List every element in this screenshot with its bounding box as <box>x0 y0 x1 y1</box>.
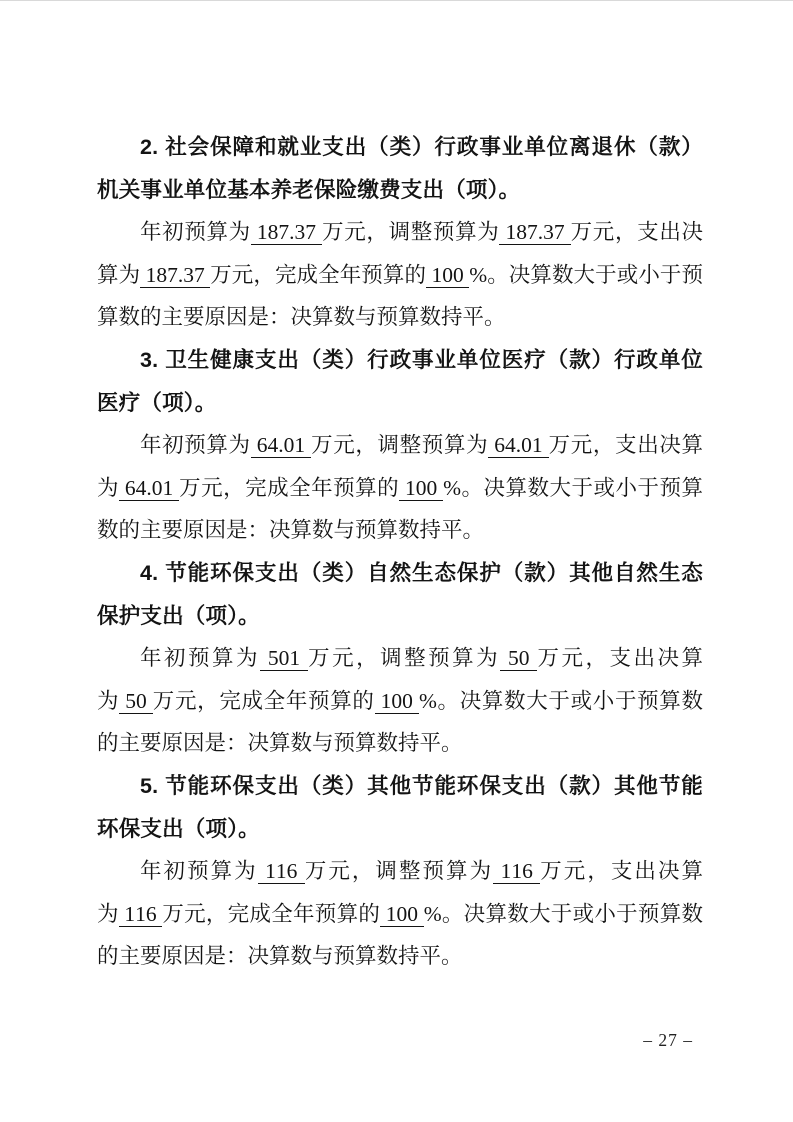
underlined-value: 50 <box>119 689 153 714</box>
section-paragraph: 年初预算为 116 万元，调整预算为 116 万元，支出决算为 116 万元，完… <box>97 850 703 978</box>
underlined-value: 100 <box>399 476 443 501</box>
text-run: 万元，完成全年预算的 <box>153 689 375 713</box>
underlined-value: 116 <box>258 859 305 884</box>
section-heading: 2. 社会保障和就业支出（类）行政事业单位离退休（款）机关事业单位基本养老保险缴… <box>97 126 703 211</box>
section-heading: 5. 节能环保支出（类）其他节能环保支出（款）其他节能环保支出（项）。 <box>97 765 703 850</box>
page-footer: – 27 – <box>97 1030 703 1051</box>
text-run: 万元，调整预算为 <box>305 859 493 883</box>
underlined-value: 100 <box>375 689 419 714</box>
section-heading: 3. 卫生健康支出（类）行政事业单位医疗（款）行政单位医疗（项）。 <box>97 339 703 424</box>
text-run: 万元，完成全年预算的 <box>179 476 399 500</box>
text-run: 万元，调整预算为 <box>322 220 499 244</box>
section-paragraph: 年初预算为 64.01 万元，调整预算为 64.01 万元，支出决算为 64.0… <box>97 424 703 552</box>
text-run: 万元，调整预算为 <box>311 433 488 457</box>
budget-section-4: 4. 节能环保支出（类）自然生态保护（款）其他自然生态保护支出（项）。 年初预算… <box>97 552 703 765</box>
budget-section-5: 5. 节能环保支出（类）其他节能环保支出（款）其他节能环保支出（项）。 年初预算… <box>97 765 703 978</box>
underlined-value: 64.01 <box>251 433 311 458</box>
text-run: 万元，调整预算为 <box>308 646 500 670</box>
text-run: 年初预算为 <box>140 433 251 457</box>
text-run: 年初预算为 <box>140 220 251 244</box>
section-paragraph: 年初预算为 187.37 万元，调整预算为 187.37 万元，支出决算为 18… <box>97 211 703 339</box>
document-page: 2. 社会保障和就业支出（类）行政事业单位离退休（款）机关事业单位基本养老保险缴… <box>0 0 793 1122</box>
underlined-value: 50 <box>500 646 537 671</box>
text-run: 年初预算为 <box>140 646 260 670</box>
section-heading: 4. 节能环保支出（类）自然生态保护（款）其他自然生态保护支出（项）。 <box>97 552 703 637</box>
underlined-value: 100 <box>380 902 424 927</box>
budget-section-3: 3. 卫生健康支出（类）行政事业单位医疗（款）行政单位医疗（项）。 年初预算为 … <box>97 339 703 552</box>
underlined-value: 501 <box>260 646 308 671</box>
underlined-value: 187.37 <box>140 263 210 288</box>
scan-top-edge <box>0 0 793 1</box>
underlined-value: 116 <box>119 902 163 927</box>
underlined-value: 64.01 <box>488 433 548 458</box>
text-run: 年初预算为 <box>140 859 258 883</box>
text-run: 万元，完成全年预算的 <box>162 902 380 926</box>
underlined-value: 64.01 <box>119 476 179 501</box>
page-number: – 27 – <box>643 1030 693 1051</box>
underlined-value: 116 <box>493 859 540 884</box>
underlined-value: 100 <box>426 263 469 288</box>
budget-section-2: 2. 社会保障和就业支出（类）行政事业单位离退休（款）机关事业单位基本养老保险缴… <box>97 126 703 339</box>
underlined-value: 187.37 <box>499 220 570 245</box>
text-run: 万元，完成全年预算的 <box>210 263 426 287</box>
document-content: 2. 社会保障和就业支出（类）行政事业单位离退休（款）机关事业单位基本养老保险缴… <box>97 126 703 978</box>
underlined-value: 187.37 <box>251 220 322 245</box>
section-paragraph: 年初预算为 501 万元，调整预算为 50 万元，支出决算为 50 万元，完成全… <box>97 637 703 765</box>
